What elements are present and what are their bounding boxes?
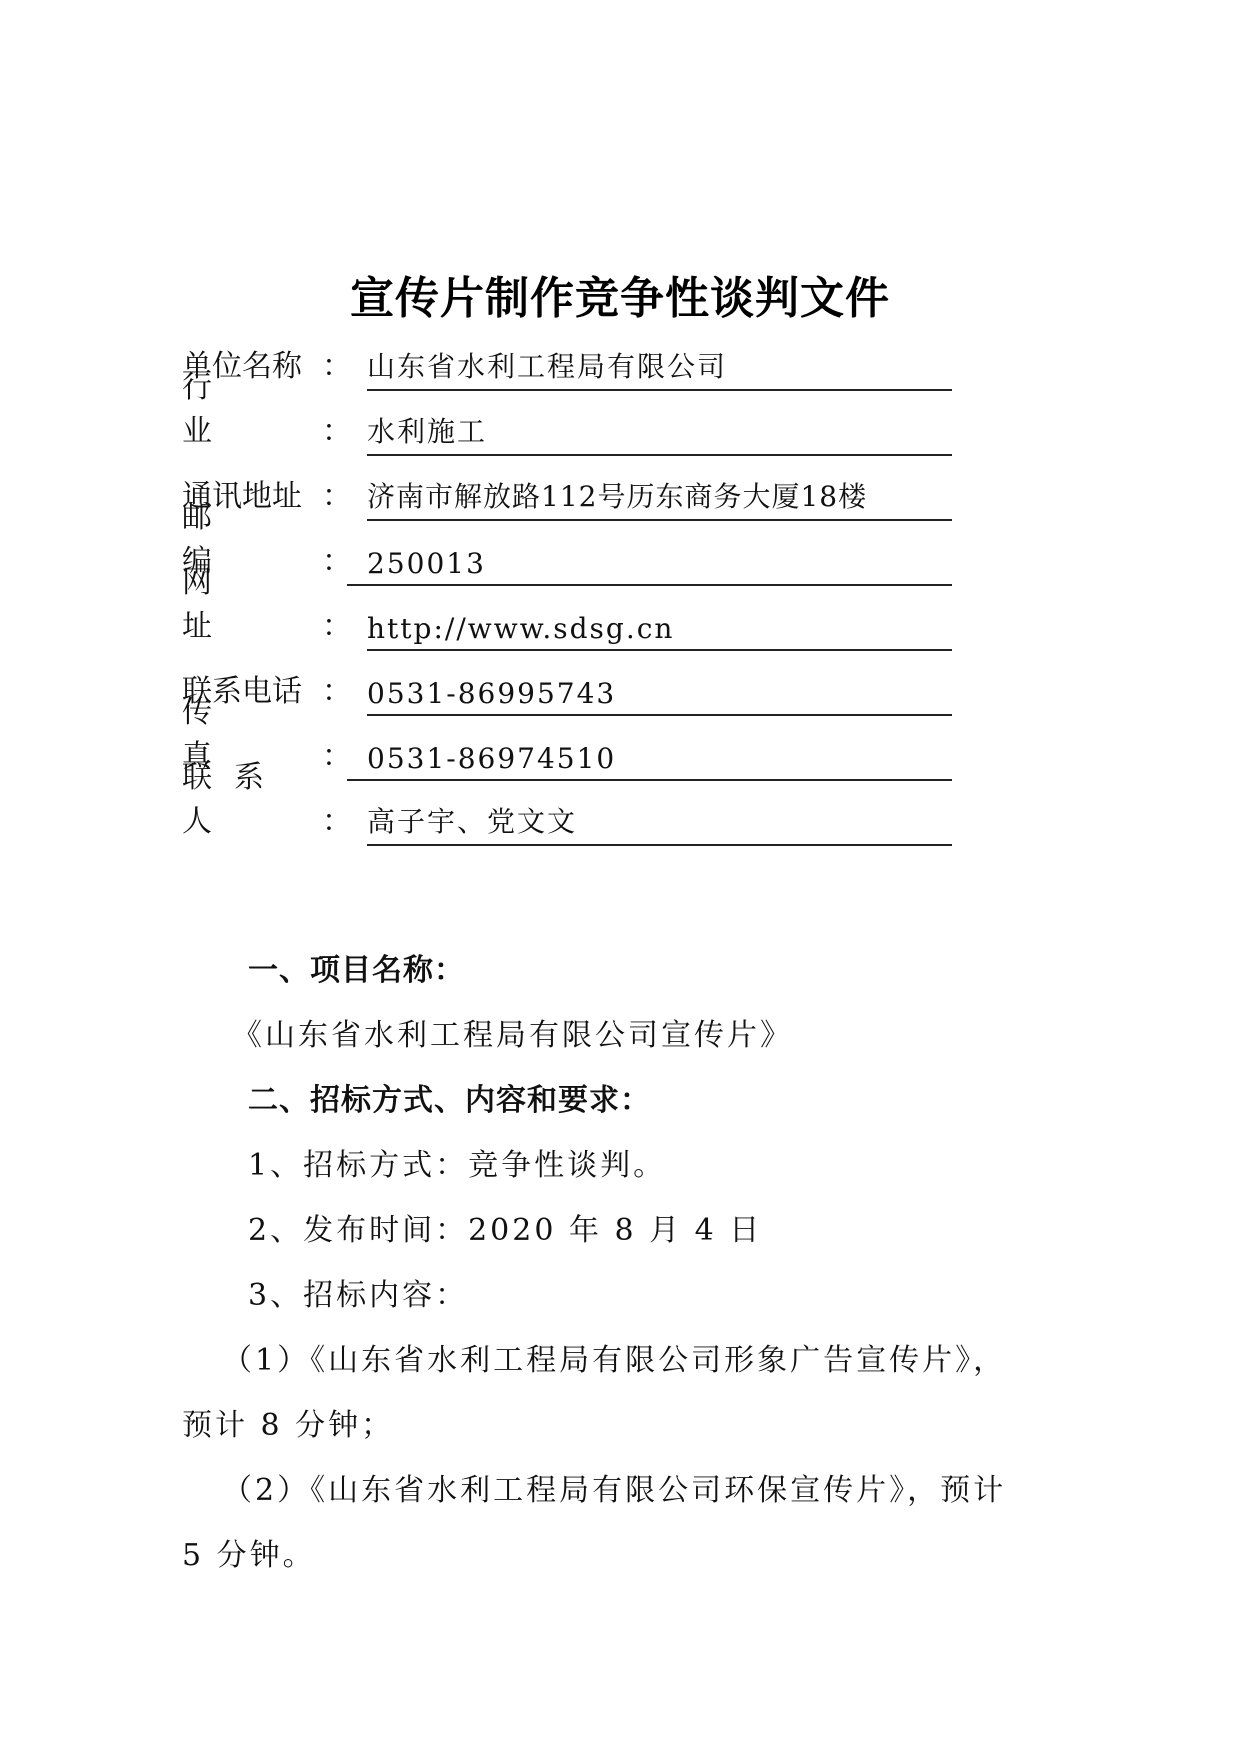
item-3: 3、招标内容： <box>248 1270 468 1314</box>
info-label: 网址 <box>182 557 332 645</box>
section-1-heading: 一、项目名称： <box>248 945 465 989</box>
sub-item-1-line-2: 预计 8 分钟； <box>182 1400 394 1444</box>
info-row-contact: 联系人 ： 高子宇、党文文 <box>182 800 952 850</box>
info-value: 高子宇、党文文 <box>367 800 577 840</box>
info-row-website: 网址 ： http://www.sdsg.cn <box>182 605 952 655</box>
section-2-heading: 二、招标方式、内容和要求： <box>248 1075 651 1119</box>
info-value: 济南市解放路112号历东商务大厦18楼 <box>367 475 867 515</box>
underline <box>367 714 952 716</box>
underline <box>367 389 952 391</box>
info-value: 0531-86995743 <box>367 677 616 710</box>
info-row-industry: 行业 ： 水利施工 <box>182 410 952 460</box>
underline <box>367 844 952 846</box>
info-value: 水利施工 <box>367 410 487 450</box>
sub-item-2-line-2: 5 分钟。 <box>182 1530 316 1574</box>
document-title: 宣传片制作竞争性谈判文件 <box>0 262 1240 326</box>
info-value: 山东省水利工程局有限公司 <box>367 345 727 385</box>
item-2: 2、发布时间：2020 年 8 月 4 日 <box>248 1205 762 1249</box>
info-label: 行业 <box>182 362 332 450</box>
project-name: 《山东省水利工程局有限公司宣传片》 <box>232 1010 793 1054</box>
info-value: 250013 <box>367 547 486 580</box>
underline <box>367 454 952 456</box>
item-1: 1、招标方式：竞争性谈判。 <box>248 1140 666 1184</box>
underline <box>367 649 952 651</box>
info-value[interactable]: http://www.sdsg.cn <box>367 612 674 645</box>
sub-item-1-line-1: （1）《山东省水利工程局有限公司形象广告宣传片》， <box>222 1335 1006 1379</box>
underline <box>347 584 952 586</box>
underline <box>347 779 952 781</box>
sub-item-2-line-1: （2）《山东省水利工程局有限公司环保宣传片》，预计 <box>222 1465 1006 1509</box>
info-label: 联系人 <box>182 752 332 840</box>
underline <box>367 519 952 521</box>
info-value: 0531-86974510 <box>367 742 616 775</box>
